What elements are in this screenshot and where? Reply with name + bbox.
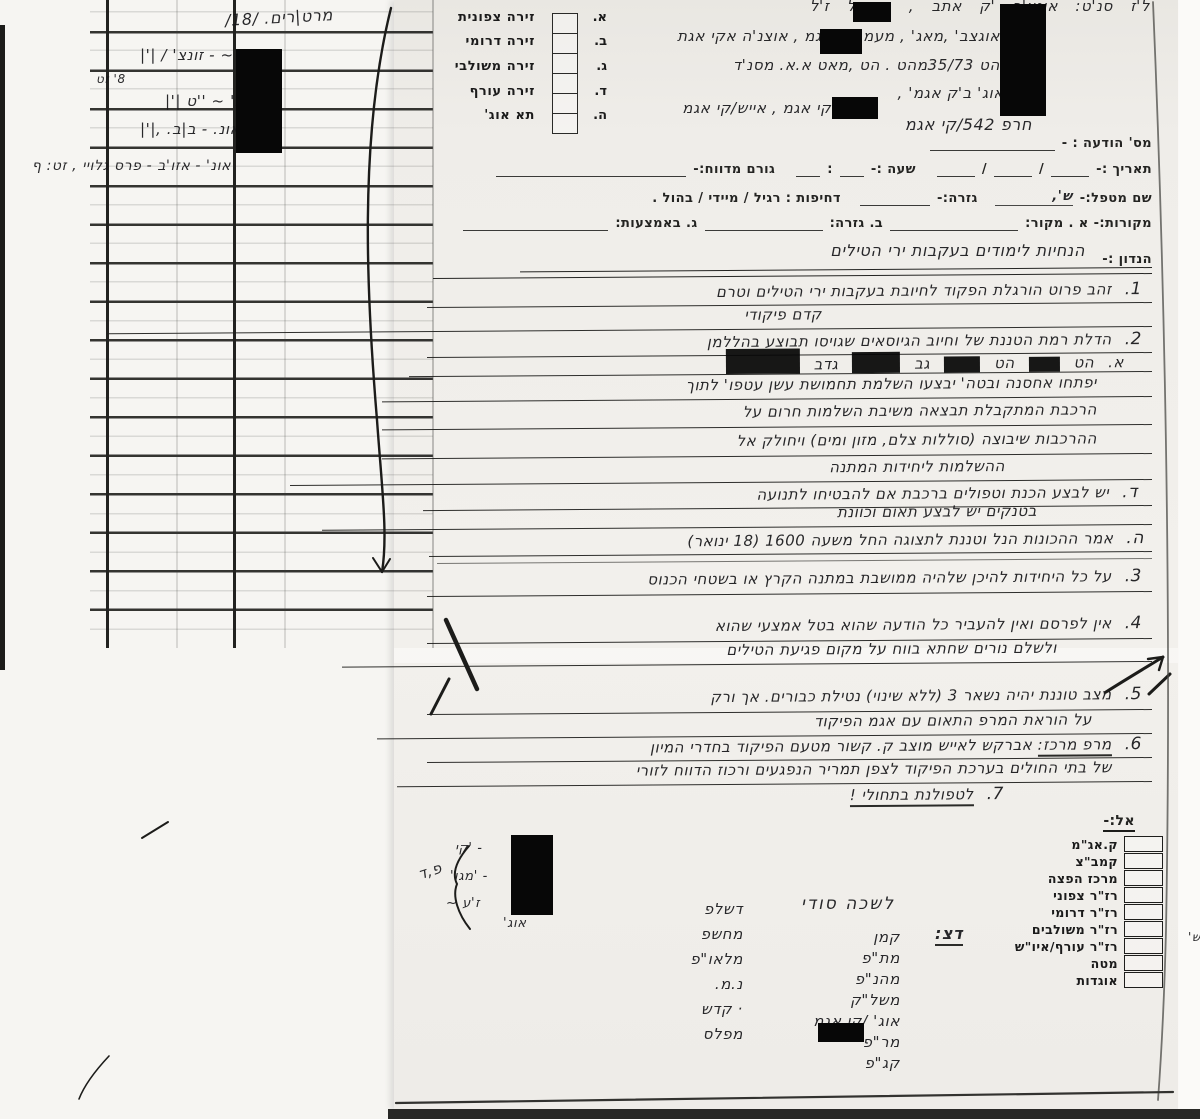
source-b-label: ב. גזרה:: [830, 216, 884, 231]
date-blank: [937, 163, 975, 177]
footer-item: קג"פ: [865, 1054, 901, 1072]
source-c-label: ג. באמצעות:: [615, 216, 697, 231]
zone-label: תא אוג': [484, 108, 535, 123]
redaction-box: [511, 835, 553, 915]
redaction-box: [818, 1023, 864, 1042]
sources-label: מקורות:- א . מקור:: [1025, 216, 1152, 231]
footer-item: דשלפ: [704, 900, 743, 918]
handwritten-text: ההשלמות ליחידות המתנה: [829, 457, 1005, 476]
zone-label: זירה עורף: [470, 84, 535, 99]
checkbox: [1124, 955, 1163, 971]
footer-item: מהנ"פ: [855, 970, 900, 988]
subject-label: הנדון :-: [1102, 252, 1152, 267]
handwritten-text: ולשלם נורים שחתא בווח על מקום פגיעת הטיל…: [726, 639, 1057, 659]
footer-item: קמן: [873, 928, 900, 946]
distribution-label: רז"ר דרומי: [1051, 905, 1118, 920]
footer-right-column: קמן מת"פ מהנ"פ משל"ק אוג' /קי אגמ מר"פ ק…: [813, 928, 900, 1072]
footer-item: משל"ק: [850, 991, 900, 1009]
redaction-box: [944, 356, 980, 372]
redaction-box: [1029, 357, 1060, 372]
hour-blank: [840, 163, 864, 177]
scanned-document: א. זירה צפונית ב. זירה דרומי ג. זירה משו…: [0, 0, 1200, 1119]
checkbox: [1124, 904, 1163, 920]
distribution-label: ק.אג"מ: [1071, 837, 1118, 852]
distribution-label: רז"ר משולבים: [1032, 922, 1118, 937]
zone-label: זירה דרומי: [466, 34, 535, 49]
distribution-row: מרכז הפצה: [1015, 870, 1163, 887]
handwritten-text: על הוראת המרפ התאום עם אגמ הפיקוד: [814, 710, 1092, 730]
handwritten-underlined: לטפולנת בתחולי !: [850, 785, 974, 807]
handwriting-top-line: חרפ 542/קי אגמ: [905, 115, 1032, 134]
distribution-label: קמב"צ: [1075, 854, 1118, 869]
handwriting-note: - 'קי: [455, 841, 483, 856]
item-number: 4.: [1125, 613, 1142, 633]
handwritten-text: של בתי החולים בערכת הפיקוד לצפן תמריר הנ…: [636, 758, 1112, 779]
footer-left-column: דשלפ מחשפ מלאו"פ נ.מ. · קדש מפלס: [690, 900, 743, 1043]
message-number-blank: [930, 137, 1055, 151]
date-label: תאריך :-: [1096, 162, 1152, 177]
handwritten-text: א.: [1108, 353, 1124, 371]
body-line: 3.על כל היחידות להיכן שלהיה ממושבת במתנה…: [427, 566, 1152, 597]
checkbox: [1124, 887, 1163, 903]
form-row-handler: שם מטפל:- ש', גזרה:- דחיפות : רגיל / מיי…: [652, 189, 1152, 206]
handwritten-text: הט: [1074, 353, 1095, 371]
subject-handwritten: הנחיות לימודים בעקבות ירי הטילים: [830, 241, 1085, 260]
distribution-title: אל:-: [1103, 813, 1135, 832]
redaction-box: [236, 49, 282, 153]
form-row-date: תאריך :- / / שעה :- : גורם מדווח:-: [496, 162, 1152, 177]
distribution-row: אוגדות: [1015, 972, 1163, 989]
redaction-box: [1000, 4, 1046, 116]
checkbox: [1124, 836, 1163, 852]
handwritten-text: מצב טוננת יהיה נשאר 3 (ללא שינוי) נטילת …: [710, 685, 1111, 706]
handwritten-text: הט: [994, 354, 1015, 372]
footer-item: מת"פ: [861, 949, 900, 967]
handwritten-text: אין לפרסם ואין להעביר כל הודעה שהוא בטל …: [715, 614, 1112, 635]
handwriting-note: - 'מגו': [450, 869, 488, 884]
checkbox: [1124, 853, 1163, 869]
item-letter: ה.: [1126, 528, 1144, 548]
source-b-blank: [705, 217, 823, 231]
handwriting-top-line: הט 35/73מהט . הט ,מאט א.א. מסנ'ד: [580, 56, 1000, 74]
redaction-box: [852, 352, 900, 373]
distribution-label: רז"ר עורף/איו"ש: [1015, 939, 1118, 954]
reporter-label: גורם מדווח:-: [693, 162, 775, 177]
distribution-row: מטה: [1015, 955, 1163, 972]
checkbox: [1124, 938, 1163, 954]
handwritten-text: גדב: [814, 355, 839, 373]
handwriting-left-note: 8' זט: [96, 72, 126, 86]
handwritten-text: בטנקים יש לבצע תאום וכוונת: [837, 502, 1037, 521]
handler-blank: ש',: [995, 189, 1073, 206]
hour-label: שעה :-: [871, 162, 916, 177]
handwritten-underlined: מרפ מרכז:: [1037, 735, 1111, 757]
body-line: ה.אמר ההכונות הנל וטננת לתצוגה החל משעה …: [429, 528, 1152, 557]
footer-dz: דצ:: [935, 924, 963, 946]
distribution-label: מרכז הפצה: [1048, 871, 1118, 886]
sector-label: גזרה:-: [937, 191, 978, 206]
date-blank: [1051, 163, 1089, 177]
reporter-blank: [496, 163, 686, 177]
redaction-box: [820, 29, 862, 54]
zone-letter: ה.: [587, 108, 607, 123]
handler-label: שם מטפל:-: [1080, 191, 1152, 206]
checkbox: [1124, 972, 1163, 988]
footer-item: מר"פ: [863, 1033, 900, 1051]
distribution-row: רז"ר משולבים: [1015, 921, 1163, 938]
footer-item: נ.מ.: [715, 975, 743, 993]
checkbox: [1124, 921, 1163, 937]
date-separator: /: [982, 162, 987, 177]
handwritten-text: קדם פיקודי: [744, 305, 822, 324]
zone-row-rear: ד. זירה עורף: [470, 84, 607, 99]
item-number: 1.: [1125, 279, 1142, 299]
footer-item: מחשפ: [701, 925, 743, 943]
zone-label: זירה משולבי: [455, 59, 535, 74]
handwritten-text: אמר ההכונות הנל וטננת לתצוגה החל משעה 16…: [687, 529, 1113, 550]
redaction-box: [853, 2, 891, 22]
handwriting-top-line: אוגצב' ,מאג' , מעמ' קי אגמ , אוצנ'ה אקי …: [540, 27, 1000, 45]
checkbox: [1124, 870, 1163, 886]
distribution-list: ק.אג"מ קמב"צ מרכז הפצה רז"ר צפוני רז"ר ד…: [1015, 836, 1163, 989]
hour-blank: [796, 163, 820, 177]
scan-edge-bar: [0, 25, 5, 670]
footer-fragment: ש': [1188, 930, 1200, 944]
item-number: 3.: [1125, 566, 1142, 586]
footer-item: מלאו"פ: [690, 950, 743, 968]
source-blank: [890, 217, 1018, 231]
distribution-row: רז"ר צפוני: [1015, 887, 1163, 904]
footer-item: · קדש: [701, 1000, 743, 1018]
hour-separator: :: [827, 162, 833, 177]
form-row-sources: מקורות:- א . מקור: ב. גזרה: ג. באמצעות:: [463, 216, 1152, 231]
distribution-row: קמב"צ: [1015, 853, 1163, 870]
sector-blank: [860, 192, 930, 206]
date-blank: [994, 163, 1032, 177]
handwritten-text: גב: [914, 355, 930, 373]
footer-office: לשכה סודי: [801, 894, 895, 914]
scan-bottom-edge: [388, 1109, 1200, 1119]
item-letter: ד.: [1122, 482, 1138, 502]
form-row-message-number: מס' הודעה : -: [930, 136, 1152, 151]
item-number: 5.: [1125, 684, 1142, 704]
handwriting-left-line: אונ' - אזו'ב - פרס גלויי , זט: ף: [32, 158, 231, 174]
redaction-box: [726, 348, 800, 374]
urgency-label: דחיפות : רגיל / מיידי / בהול .: [652, 191, 841, 206]
item-number: 6.: [1125, 734, 1142, 754]
handwritten-text: יפתחו אחסנה ובטה' יבצעו השלמת תחמושת עשן…: [686, 373, 1097, 394]
handwriting-top-line: |קי אגמ , אייש/קי אגמ: [682, 99, 837, 117]
date-separator: /: [1039, 162, 1044, 177]
redaction-box: [832, 97, 878, 119]
body-line-redacted: א. הט הט גב גדב: [409, 345, 1152, 377]
handwriting-left-line: אונ. - ב|ב. ,|'|: [140, 120, 240, 138]
distribution-label: רז"ר צפוני: [1053, 888, 1118, 903]
distribution-label: מטה: [1091, 956, 1118, 971]
item-number: 7.: [987, 784, 1004, 804]
zone-letter: ד.: [587, 84, 607, 99]
handwriting-note: ז'ע ~: [446, 896, 480, 911]
handwritten-text: אברקש לאייש מוצב ק. קשור מטעם הפיקוד בחד…: [650, 736, 1032, 757]
message-number-label: מס' הודעה : -: [1062, 136, 1152, 151]
handwritten-text: על כל היחידות להיכן שלהיה ממושבת במתנה ה…: [647, 567, 1111, 588]
distribution-row: רז"ר דרומי: [1015, 904, 1163, 921]
handwritten-text: הרכבת המתקבלת תבצאה משיבת השלמות חרום על: [743, 400, 1097, 420]
footer-item: מפלס: [703, 1025, 743, 1043]
distribution-row: ק.אג"מ: [1015, 836, 1163, 853]
zone-row-cell: ה. תא אוג': [484, 108, 607, 123]
handwriting-note: אוג': [503, 916, 527, 931]
source-c-blank: [463, 217, 608, 231]
distribution-label: אוגדות: [1076, 973, 1118, 988]
distribution-row: רז"ר עורף/איו"ש: [1015, 938, 1163, 955]
handwritten-text: זהב פרוט הורגלת הפקוד לחיובת בעקבות ירי …: [716, 280, 1112, 301]
handwritten-text: ההרכבות שיבוצה (סוללות צלם, מזון ומים) ו…: [737, 429, 1097, 450]
handwriting-top-line: אוג' ב'ק אגמ' ,: [898, 84, 1004, 102]
